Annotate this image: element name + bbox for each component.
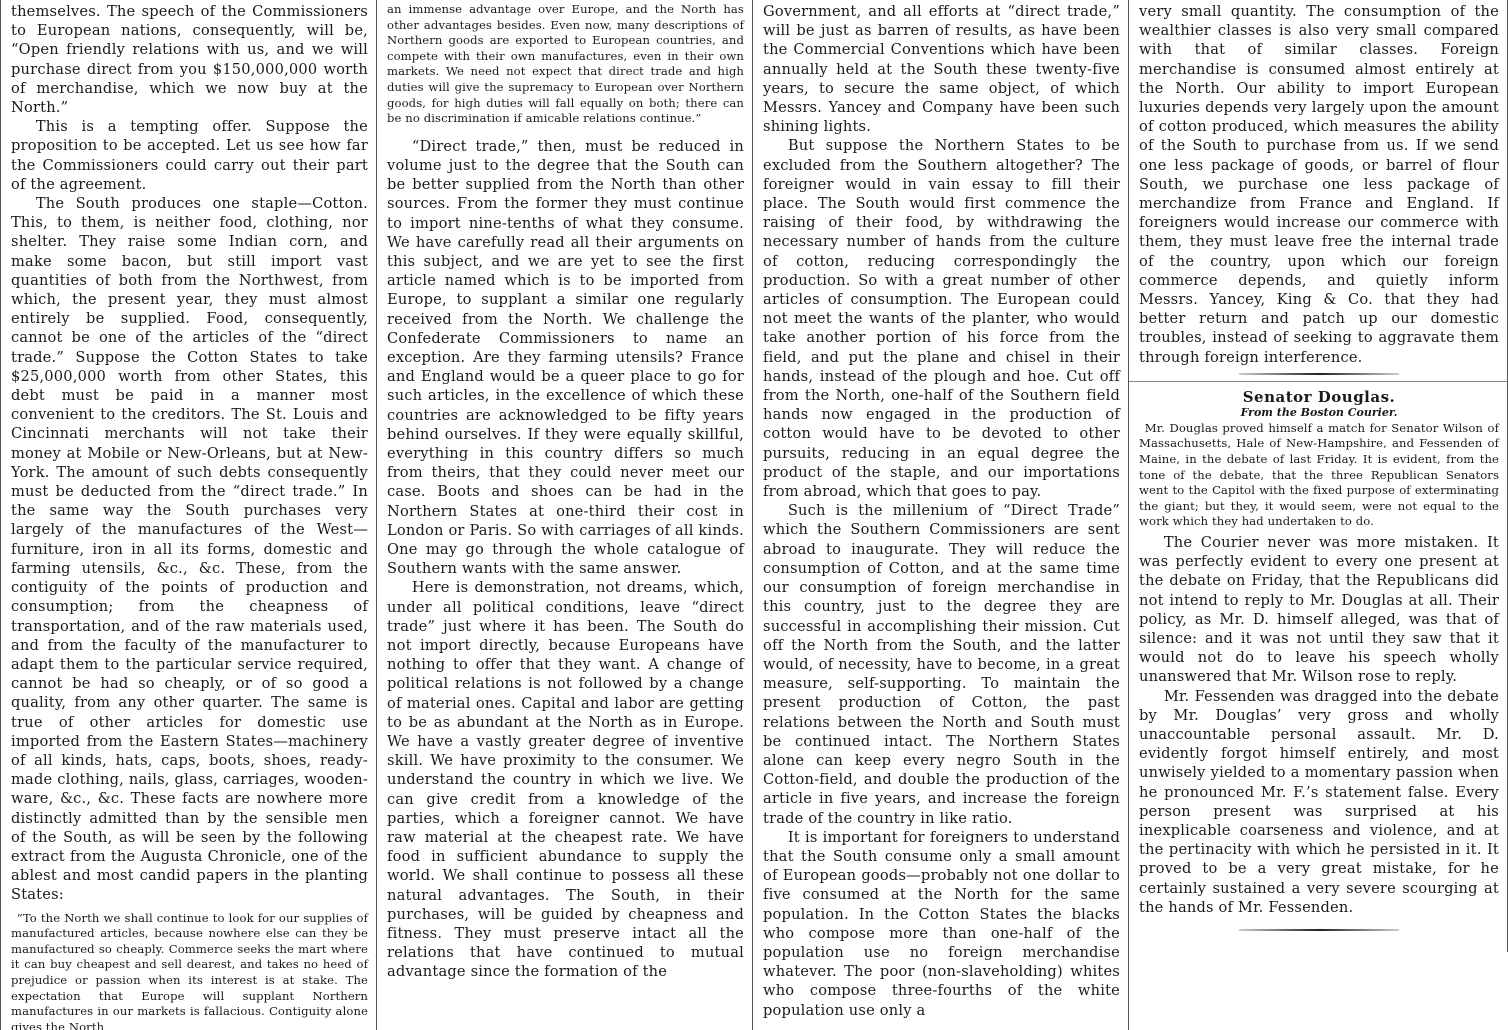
paragraph: The Courier never was more mistaken. It … (1139, 533, 1499, 687)
paragraph: themselves. The speech of the Commission… (11, 2, 368, 117)
column-2: an immense advantage over Europe, and th… (376, 0, 752, 1030)
column-4: very small quantity. The consumption of … (1128, 0, 1508, 952)
end-divider (1239, 929, 1399, 931)
paragraph: It is important for foreigners to unders… (763, 828, 1120, 1020)
newspaper-page: themselves. The speech of the Commission… (0, 0, 1508, 1030)
divider-line (1129, 381, 1507, 382)
article-headline: Senator Douglas. (1139, 388, 1499, 406)
column-rule (1128, 952, 1129, 1030)
quoted-extract: Mr. Douglas proved himself a match for S… (1139, 421, 1499, 530)
paragraph: Government, and all efforts at “direct t… (763, 2, 1120, 136)
quoted-extract-continued: an immense advantage over Europe, and th… (387, 2, 744, 127)
paragraph: “Direct trade,” then, must be reduced in… (387, 137, 744, 579)
paragraph: But suppose the Northern States to be ex… (763, 136, 1120, 501)
column-1: themselves. The speech of the Commission… (0, 0, 376, 1030)
paragraph: The South produces one staple—Cotton. Th… (11, 194, 368, 905)
article-byline: From the Boston Courier. (1139, 406, 1499, 420)
paragraph: Mr. Fessenden was dragged into the debat… (1139, 687, 1499, 917)
column-3: Government, and all efforts at “direct t… (752, 0, 1128, 1030)
paragraph: Such is the millenium of “Direct Trade” … (763, 501, 1120, 827)
paragraph: Here is demonstration, not dreams, which… (387, 578, 744, 981)
paragraph: This is a tempting offer. Suppose the pr… (11, 117, 368, 194)
quoted-extract: “To the North we shall continue to look … (11, 911, 368, 1030)
paragraph: very small quantity. The consumption of … (1139, 2, 1499, 367)
article-divider (1239, 373, 1399, 375)
